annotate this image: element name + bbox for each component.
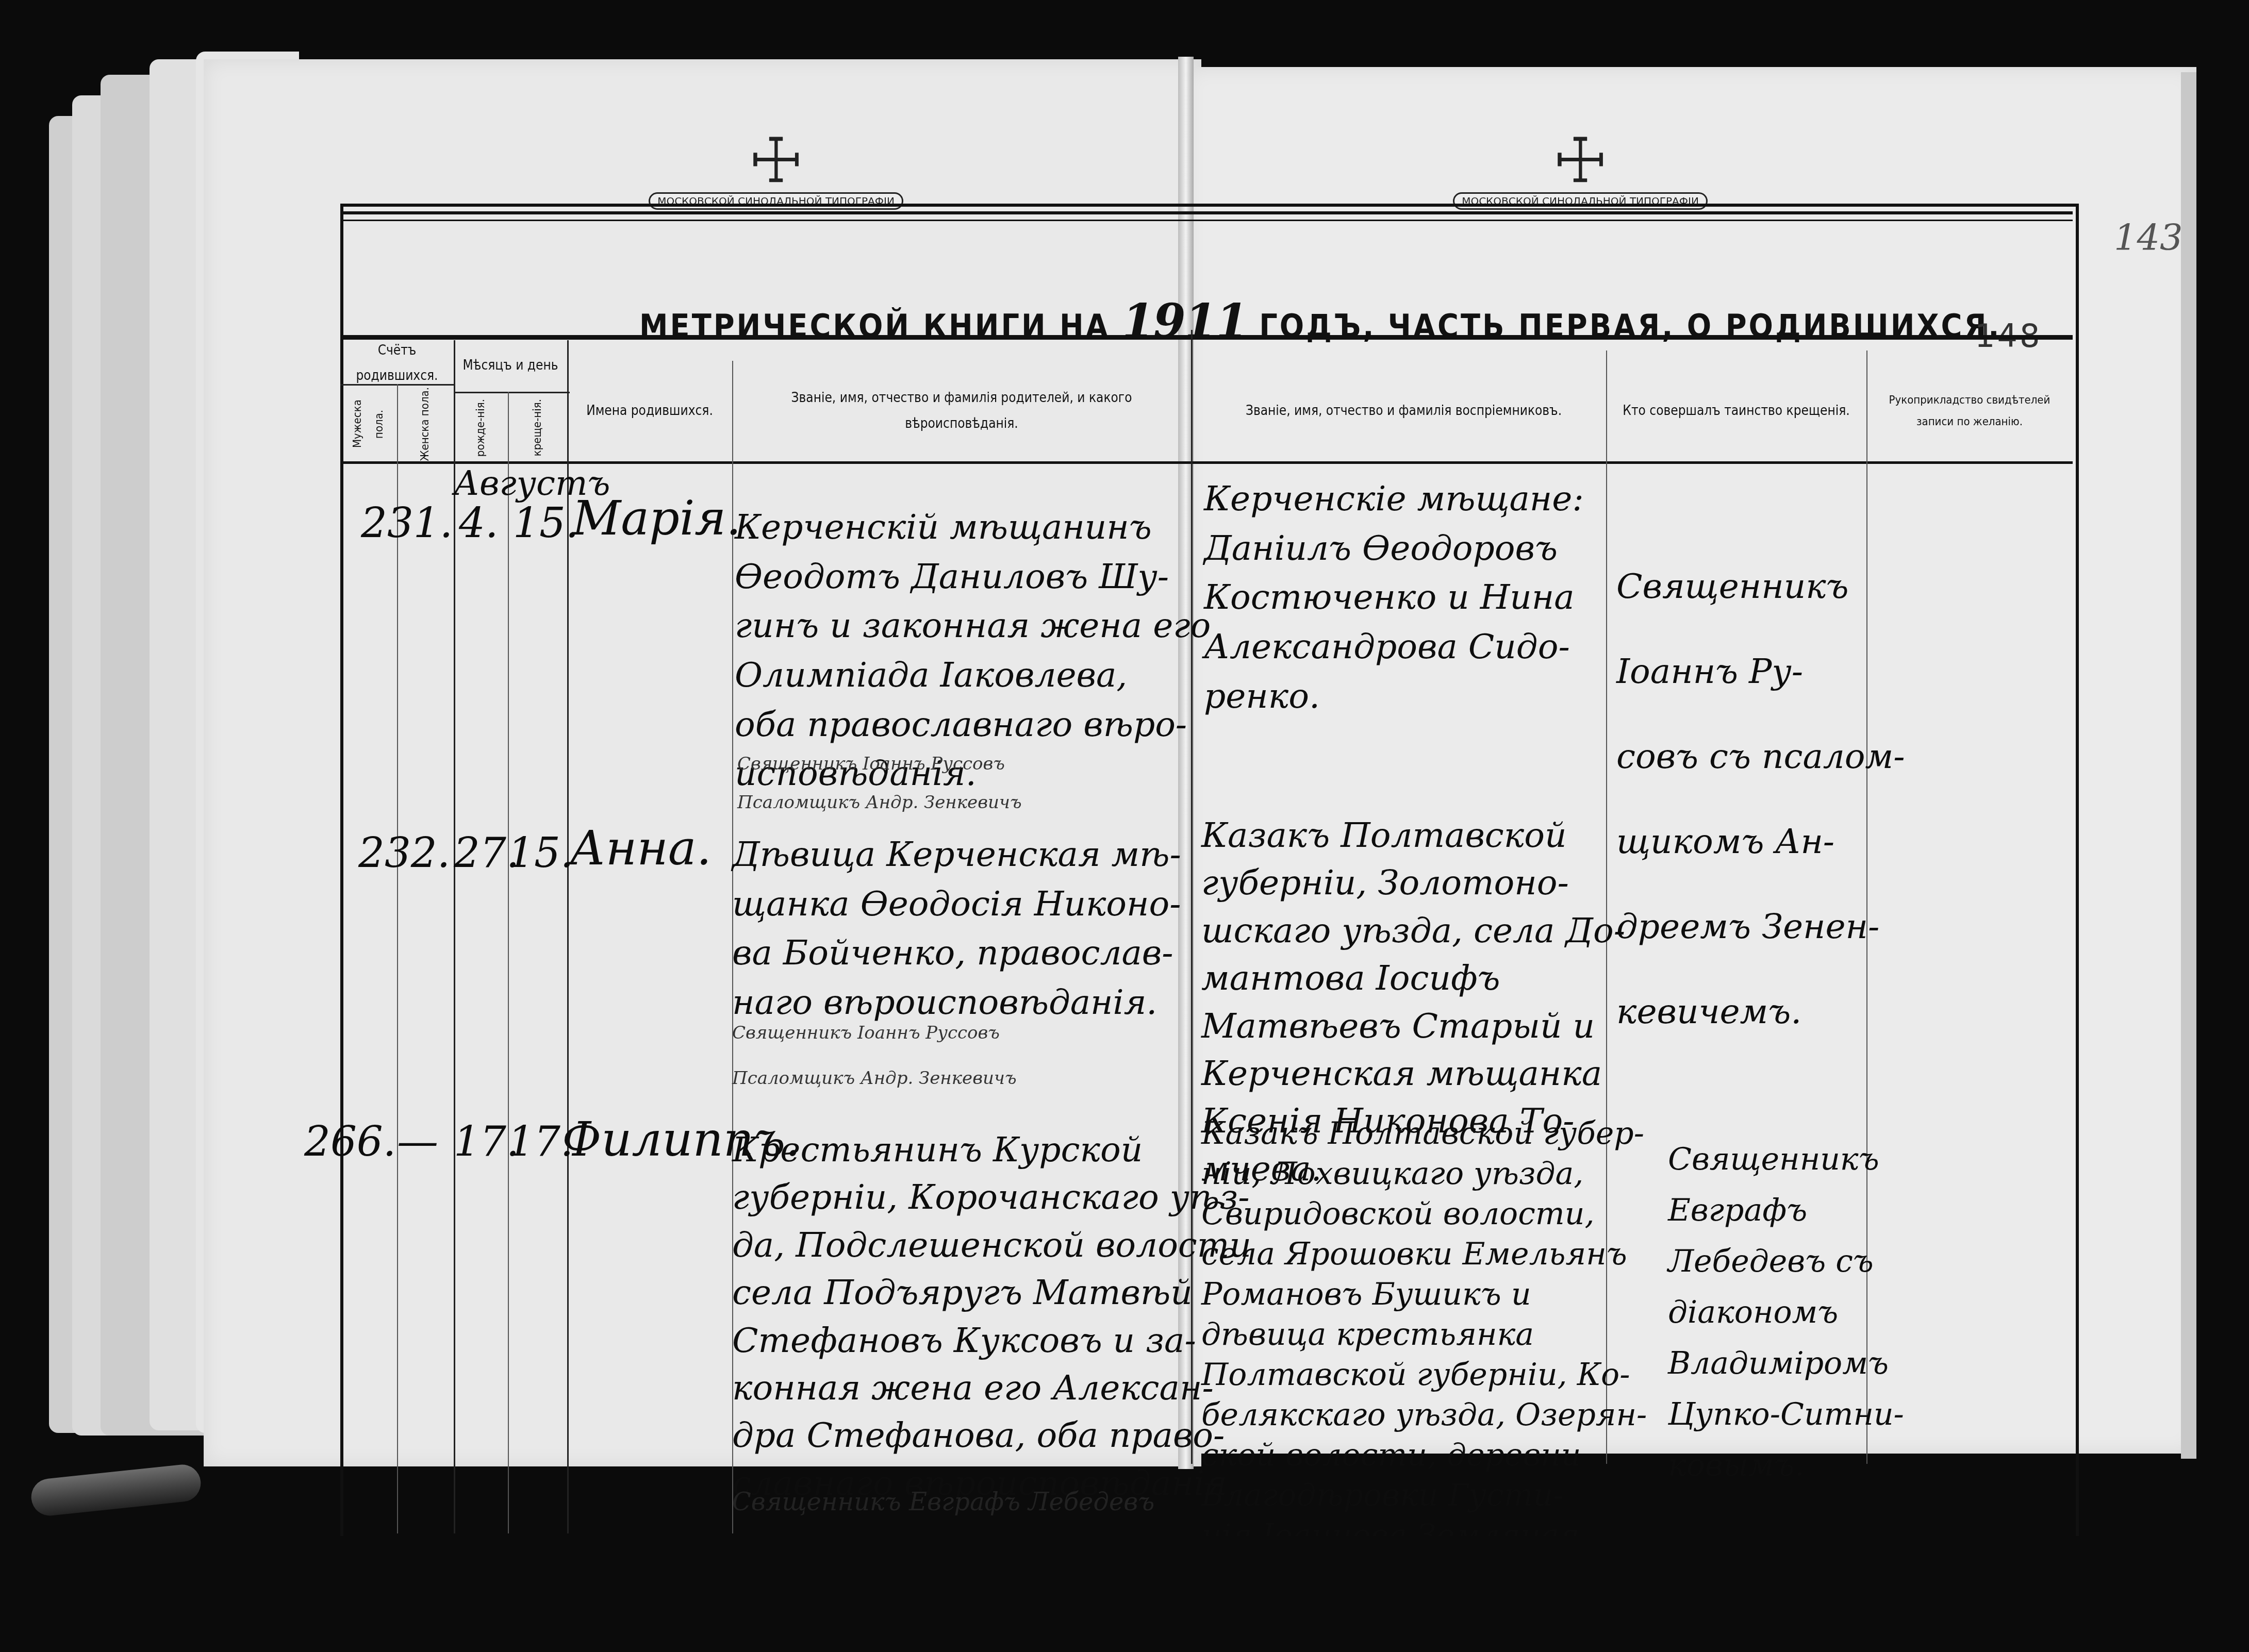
- header-female: Женска пола.: [397, 387, 454, 461]
- female-count: 231.: [361, 503, 453, 544]
- header-top-rule: [340, 335, 2073, 340]
- col-line: [508, 392, 509, 1533]
- col-line: [397, 384, 398, 1533]
- col-line: [454, 340, 455, 1533]
- priest-text: Священникъ Евграфъ Лебедевъ съ діакономъ…: [1668, 1134, 1904, 1491]
- baptism-day: 15.: [513, 503, 578, 544]
- header-birth-count: Счётъ родившихся.: [340, 340, 454, 387]
- child-name: Марія.: [572, 495, 741, 542]
- imperial-crest-left: ☩ МОСКОВСКОЙ СИНОДАЛЬНОЙ ТИПОГРАФIИ: [717, 131, 835, 209]
- scan-background-bottom: [204, 1536, 2214, 1652]
- double-headed-eagle-icon: ☩: [1552, 130, 1608, 192]
- witness-signatures: Священникъ Евграфъ Лебедевъ: [732, 1490, 1154, 1514]
- birth-day: 4.: [459, 503, 498, 544]
- pencil-page-number: 143: [2114, 216, 2183, 259]
- header-signatures: Рукоприкладство свидѣтелей записи по жел…: [1866, 361, 2073, 461]
- right-page-edge: [2181, 72, 2196, 1459]
- header-names: Имена родившихся.: [567, 361, 732, 461]
- imperial-crest-right: ☩ МОСКОВСКОЙ СИНОДАЛЬНОЙ ТИПОГРАФIИ: [1521, 131, 1640, 209]
- witness-signatures: Священникъ Іоаннъ Руссовъ Псаломщикъ Анд…: [737, 745, 1022, 822]
- female-count: 232.: [358, 832, 450, 874]
- header-male: Мужеска пола.: [340, 387, 397, 461]
- date-subrule: [454, 392, 570, 393]
- parents-text: Крестьянинъ Курской губерніи, Корочанска…: [732, 1126, 1251, 1507]
- double-headed-eagle-icon: ☩: [748, 130, 804, 192]
- priest-text: Священникъ Іоаннъ Ру- совъ съ псалом- щи…: [1616, 544, 1905, 1054]
- male-count: 266.: [304, 1121, 396, 1162]
- godparents-text: Казакъ Полтавской губер- ніи, Лохвицкаго…: [1201, 1113, 1647, 1556]
- header-month-day: Мѣсяцъ и день: [454, 340, 567, 392]
- witness-signatures: Священникъ Іоаннъ Руссовъ Псаломщикъ Анд…: [732, 1010, 1017, 1102]
- header-parents: Званіе, имя, отчество и фамилія родителе…: [732, 361, 1191, 461]
- header-baptism: креще-нія.: [508, 394, 567, 461]
- godparents-text: Керченскіе мѣщане: Даніилъ Ѳеодоровъ Кос…: [1204, 474, 1584, 721]
- child-name: Анна.: [570, 825, 712, 872]
- baptism-day: 15.: [508, 832, 573, 874]
- header-birth: рожде-нія.: [454, 394, 508, 461]
- header-priest: Кто совершалъ таинство крещенія.: [1606, 361, 1866, 461]
- parents-text: Дѣвица Керченская мѣ- щанка Ѳеодосія Ник…: [732, 830, 1181, 1027]
- header-godparents: Званіе, имя, отчество и фамилія воспріем…: [1201, 361, 1606, 461]
- female-count: —: [397, 1121, 438, 1162]
